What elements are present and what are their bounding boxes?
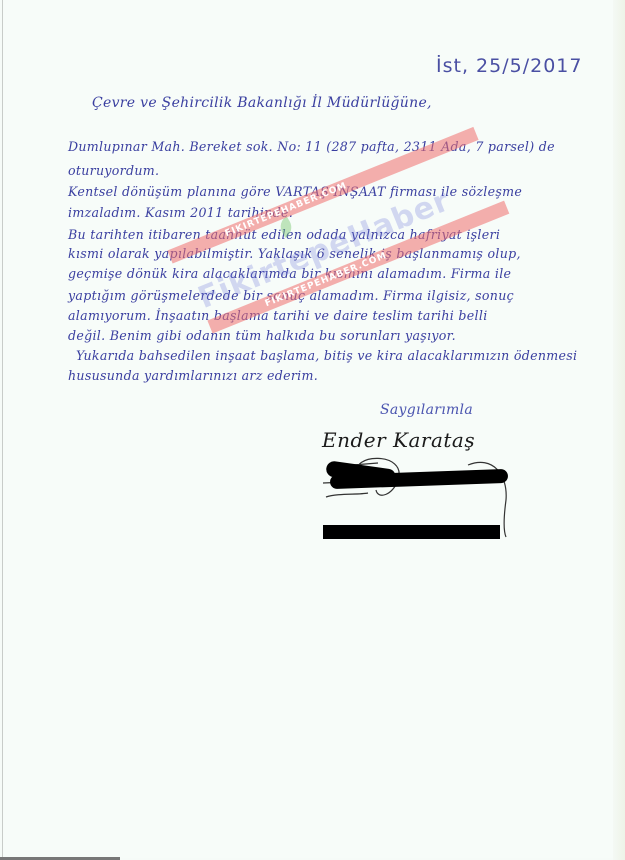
body-line: alamıyorum. İnşaatın başlama tarihi ve d… <box>68 308 488 323</box>
phone-redaction <box>323 525 500 539</box>
body-line: geçmişe dönük kira alacaklarımda bir kıs… <box>68 266 511 281</box>
letter-closing: Saygılarımla <box>380 402 473 418</box>
signer-name: Ender Karataş <box>322 428 475 452</box>
page-edge-shadow <box>613 0 625 860</box>
body-line: değil. Benim gibi odanın tüm halkıda bu … <box>68 328 456 343</box>
body-line: oturuyordum. <box>68 163 159 178</box>
body-line: kısmi olarak yapılabilmiştir. Yaklaşık 6… <box>68 246 521 261</box>
body-line: Kentsel dönüşüm planına göre VARTAŞ İNŞA… <box>68 184 522 199</box>
body-line: Yukarıda bahsedilen inşaat başlama, biti… <box>76 348 577 363</box>
body-line: Bu tarihten itibaren taahhüt edilen odad… <box>68 227 500 242</box>
body-line: imzaladım. Kasım 2011 tarihinde. <box>68 205 293 220</box>
body-line: yaptığım görüşmelerdede bir sonuç alamad… <box>68 288 514 303</box>
body-line: Dumlupınar Mah. Bereket sok. No: 11 (287… <box>68 139 555 154</box>
body-line: hususunda yardımlarınızı arz ederim. <box>68 368 318 383</box>
letter-addressee: Çevre ve Şehircilik Bakanlığı İl Müdürlü… <box>92 95 432 111</box>
letter-date: İst, 25/5/2017 <box>436 55 582 77</box>
scanned-page <box>2 0 615 858</box>
